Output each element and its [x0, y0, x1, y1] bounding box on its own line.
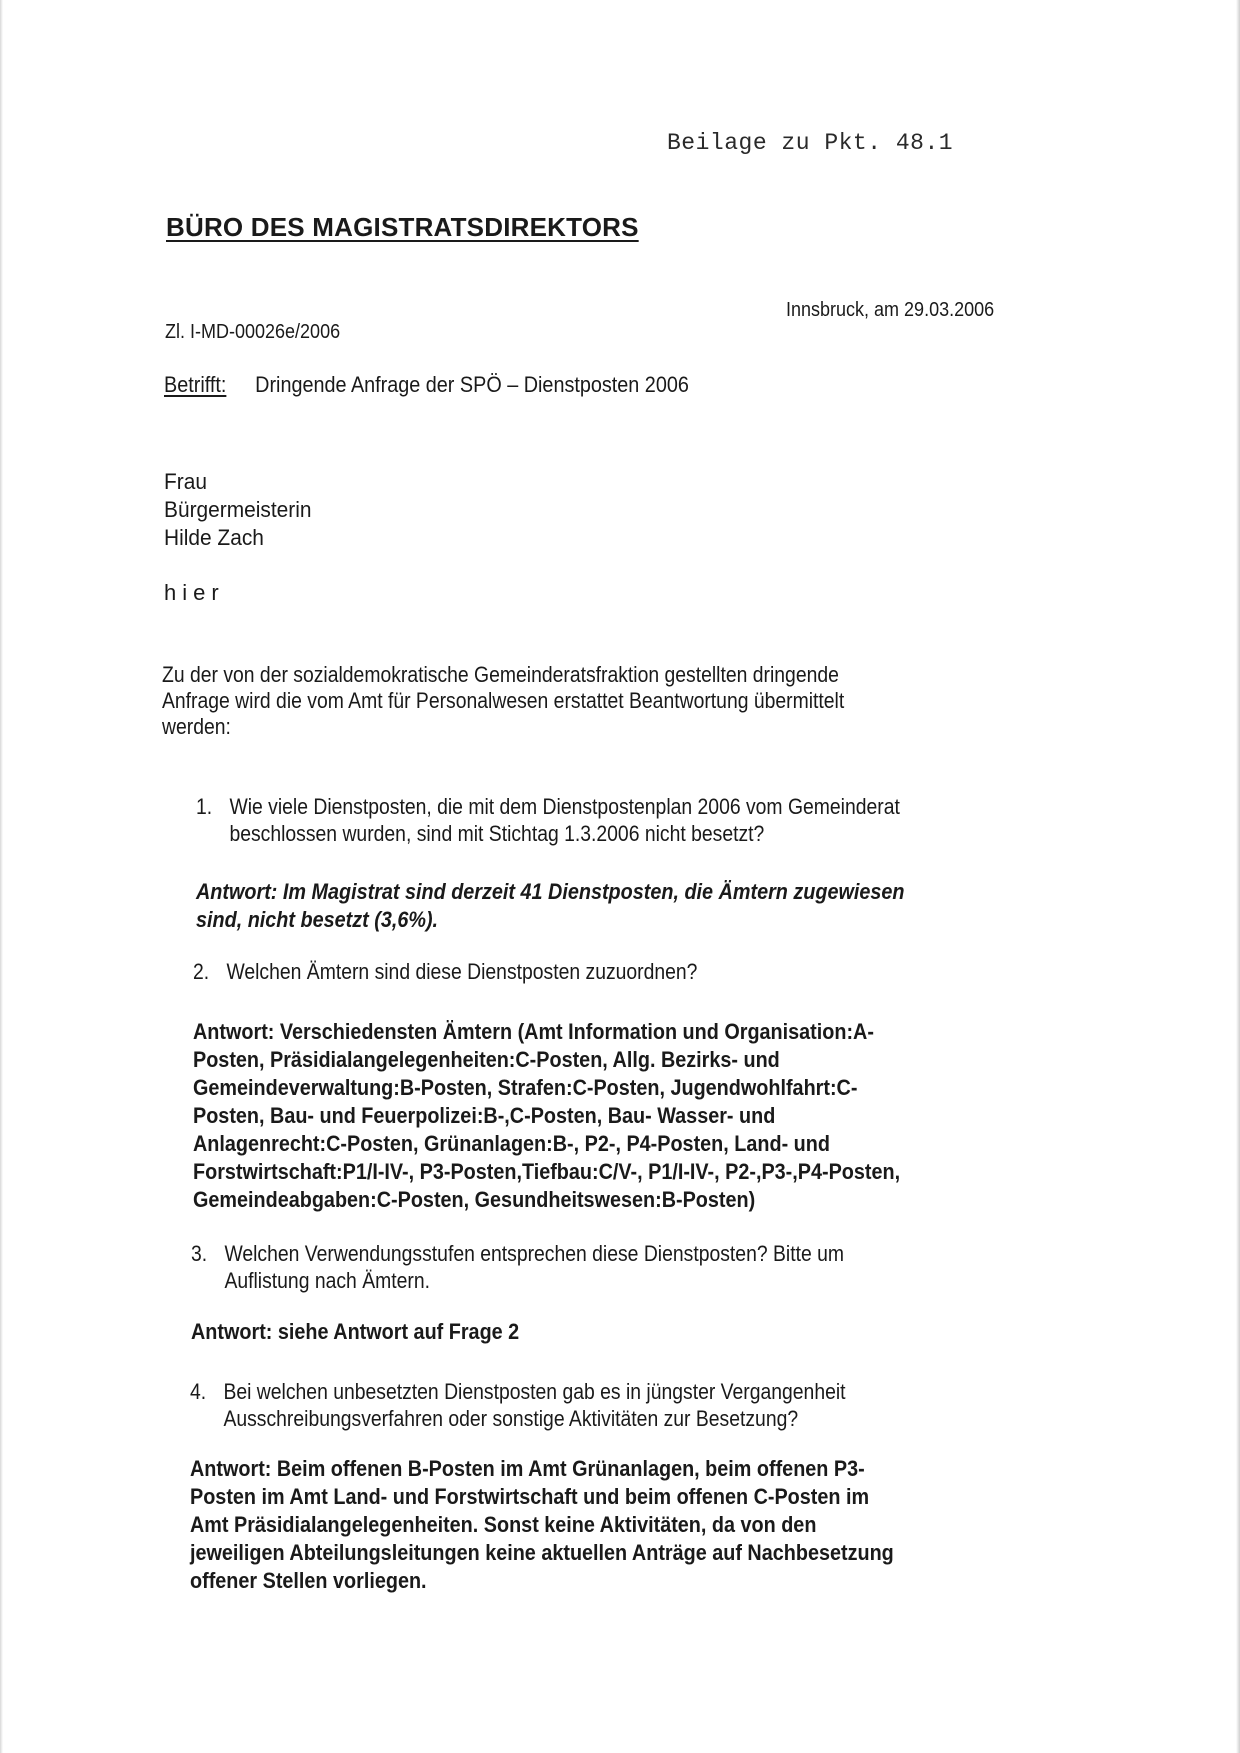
answer-line: jeweiligen Abteilungsleitungen keine akt…: [190, 1539, 894, 1567]
place-date: Innsbruck, am 29.03.2006: [786, 299, 994, 322]
subject-label: Betrifft:: [164, 372, 226, 397]
recipient-name: Hilde Zach: [164, 524, 312, 552]
answer-line: Gemeindeverwaltung:B-Posten, Strafen:C-P…: [193, 1074, 900, 1102]
answer-4: Antwort: Beim offenen B-Posten im Amt Gr…: [190, 1455, 894, 1595]
question-text: Auflistung nach Ämtern.: [191, 1267, 844, 1294]
answer-3: Antwort: siehe Antwort auf Frage 2: [191, 1318, 519, 1346]
scan-edge-left: [0, 0, 3, 1753]
question-number: 2.: [193, 958, 226, 985]
answer-line: Antwort: siehe Antwort auf Frage 2: [191, 1318, 519, 1346]
scan-edge-right: [1236, 0, 1240, 1753]
intro-paragraph: Zu der von der sozialdemokratische Gemei…: [162, 662, 844, 740]
intro-line: Anfrage wird die vom Amt für Personalwes…: [162, 688, 844, 714]
question-text: Ausschreibungsverfahren oder sonstige Ak…: [190, 1405, 846, 1432]
answer-line: Forstwirtschaft:P1/I-IV-, P3-Posten,Tief…: [193, 1158, 900, 1186]
answer-line: sind, nicht besetzt (3,6%).: [196, 906, 905, 934]
recipient-role: Bürgermeisterin: [164, 496, 312, 524]
reference-number: Zl. I-MD-00026e/2006: [165, 321, 340, 344]
question-4: 4.Bei welchen unbesetzten Dienstposten g…: [190, 1378, 846, 1432]
attachment-note: Beilage zu Pkt. 48.1: [667, 130, 953, 156]
answer-2: Antwort: Verschiedensten Ämtern (Amt Inf…: [193, 1018, 900, 1214]
answer-line: Antwort: Beim offenen B-Posten im Amt Gr…: [190, 1455, 894, 1483]
question-number: 1.: [196, 793, 229, 820]
office-title: BÜRO DES MAGISTRATSDIREKTORS: [166, 212, 639, 243]
question-number: 4.: [190, 1378, 223, 1405]
answer-line: Posten, Bau- und Feuerpolizei:B-,C-Poste…: [193, 1102, 900, 1130]
question-text: beschlossen wurden, sind mit Stichtag 1.…: [196, 820, 900, 847]
answer-line: offener Stellen vorliegen.: [190, 1567, 894, 1595]
recipient-salutation: Frau: [164, 468, 312, 496]
question-text: Welchen Verwendungsstufen entsprechen di…: [224, 1241, 844, 1266]
intro-line: werden:: [162, 714, 844, 740]
subject-text: Dringende Anfrage der SPÖ – Dienstposten…: [255, 372, 689, 397]
subject-line: Betrifft:Dringende Anfrage der SPÖ – Die…: [164, 372, 689, 398]
answer-line: Anlagenrecht:C-Posten, Grünanlagen:B-, P…: [193, 1130, 900, 1158]
question-3: 3.Welchen Verwendungsstufen entsprechen …: [191, 1240, 844, 1294]
question-number: 3.: [191, 1240, 224, 1267]
answer-1: Antwort: Im Magistrat sind derzeit 41 Di…: [196, 878, 905, 934]
question-1: 1.Wie viele Dienstposten, die mit dem Di…: [196, 793, 900, 847]
answer-line: Posten im Amt Land- und Forstwirtschaft …: [190, 1483, 894, 1511]
answer-line: Posten, Präsidialangelegenheiten:C-Poste…: [193, 1046, 900, 1074]
question-text: Bei welchen unbesetzten Dienstposten gab…: [223, 1379, 845, 1404]
question-2: 2.Welchen Ämtern sind diese Dienstposten…: [193, 958, 697, 985]
local-delivery-note: hier: [164, 580, 225, 606]
question-text: Wie viele Dienstposten, die mit dem Dien…: [229, 794, 899, 819]
answer-line: Antwort: Verschiedensten Ämtern (Amt Inf…: [193, 1018, 900, 1046]
answer-line: Amt Präsidialangelegenheiten. Sonst kein…: [190, 1511, 894, 1539]
recipient-block: Frau Bürgermeisterin Hilde Zach: [164, 468, 312, 552]
question-text: Welchen Ämtern sind diese Dienstposten z…: [226, 959, 697, 984]
answer-line: Antwort: Im Magistrat sind derzeit 41 Di…: [196, 878, 905, 906]
intro-line: Zu der von der sozialdemokratische Gemei…: [162, 662, 844, 688]
answer-line: Gemeindeabgaben:C-Posten, Gesundheitswes…: [193, 1186, 900, 1214]
